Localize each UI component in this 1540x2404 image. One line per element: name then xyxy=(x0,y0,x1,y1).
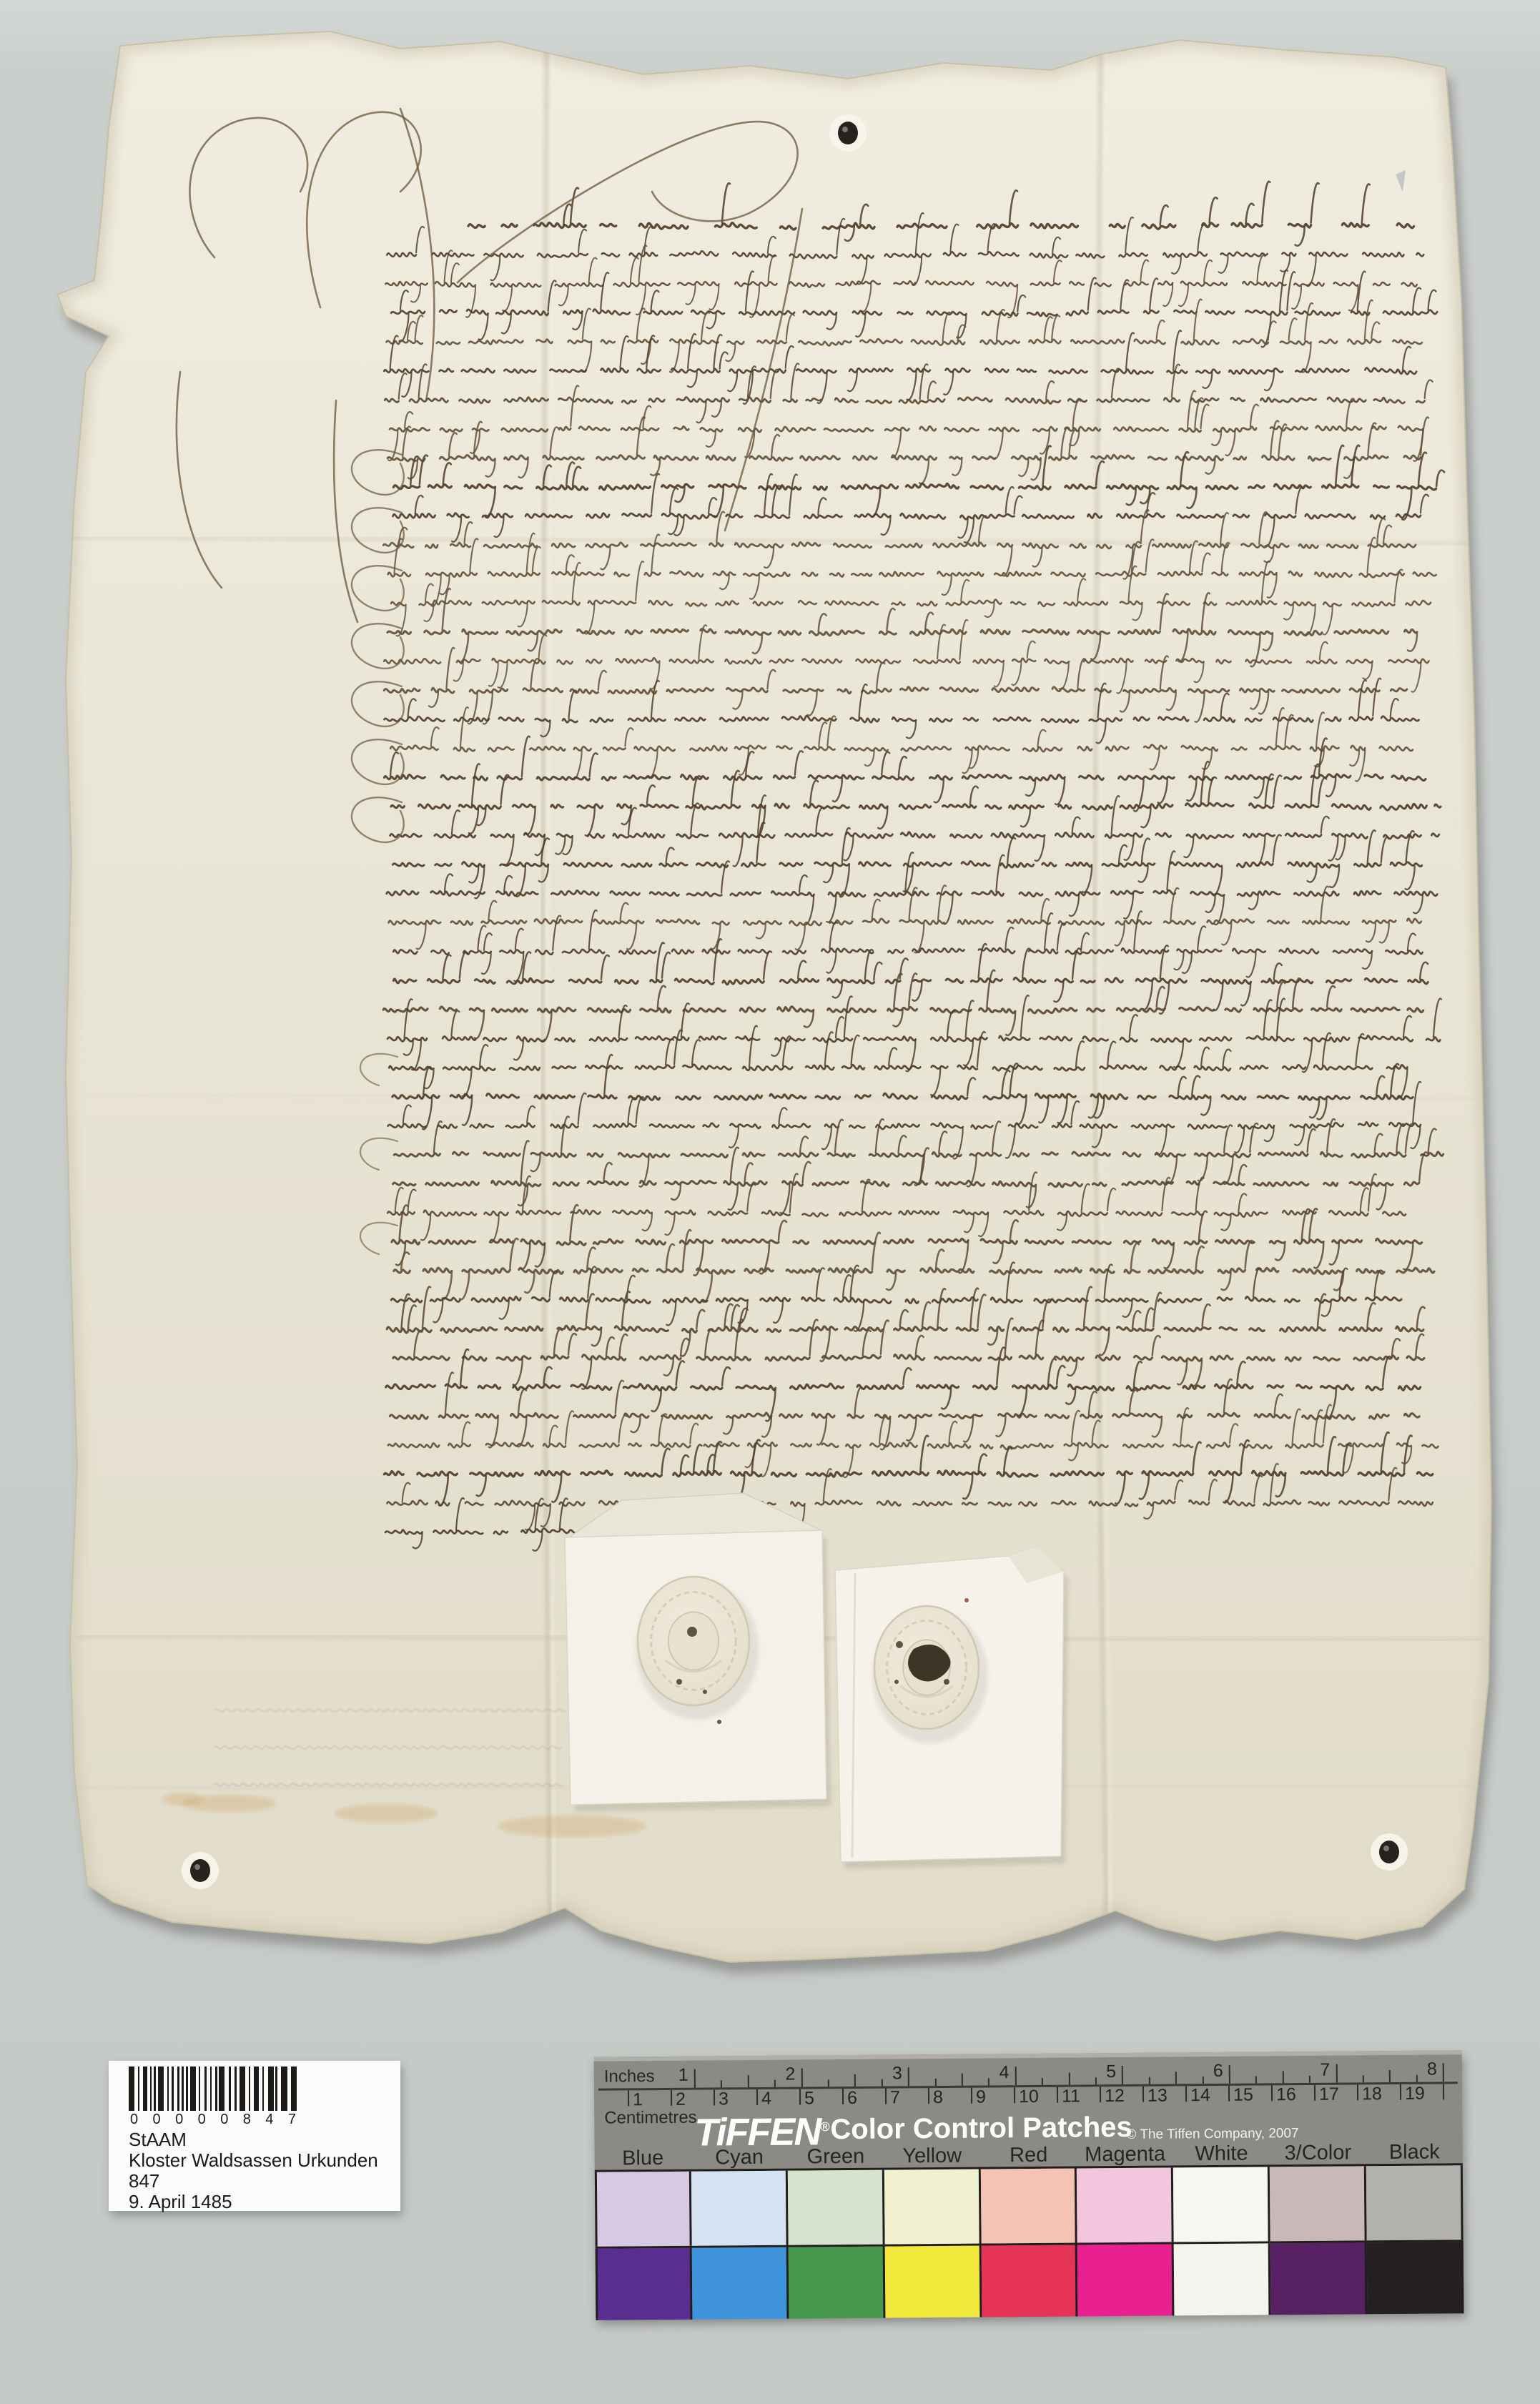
inch-number: 2 xyxy=(785,2064,795,2085)
cm-number: 1 xyxy=(633,2089,643,2110)
pastel-patch-green xyxy=(788,2170,885,2245)
patch-label-cyan: Cyan xyxy=(691,2146,787,2170)
barcode-bar xyxy=(268,2066,274,2111)
inch-tick xyxy=(1283,2071,1284,2083)
inch-tick xyxy=(882,2079,883,2087)
barcode-bar xyxy=(158,2066,163,2111)
inch-tick xyxy=(1229,2065,1230,2084)
cm-tick xyxy=(1100,2087,1101,2102)
barcode-digit: 0 xyxy=(198,2112,206,2127)
cm-tick xyxy=(1057,2087,1058,2103)
inch-tick xyxy=(694,2069,696,2088)
barcode-digit: 4 xyxy=(265,2112,273,2127)
cm-ruler: 12345678910111213141516171819 xyxy=(594,2054,1462,2061)
inch-tick xyxy=(1122,2066,1123,2084)
color-control-card: Inches 12345678 123456789101112131415161… xyxy=(594,2050,1464,2318)
pastel-patch-cyan xyxy=(691,2171,789,2246)
archive-label-text: StAAMKloster Waldsassen Urkunden8479. Ap… xyxy=(129,2129,378,2212)
solid-patch-red xyxy=(981,2245,1078,2317)
cm-tick xyxy=(928,2088,929,2104)
cm-tick xyxy=(1357,2084,1358,2100)
cm-number: 9 xyxy=(976,2087,986,2107)
solid-patch-magenta xyxy=(1077,2244,1175,2316)
solid-patch-3-color xyxy=(1270,2242,1368,2315)
registered-mark: ® xyxy=(820,2119,828,2134)
cm-tick xyxy=(1271,2085,1273,2101)
inch-number: 5 xyxy=(1106,2061,1116,2082)
inch-tick xyxy=(1309,2076,1311,2083)
pastel-patch-yellow xyxy=(884,2169,982,2245)
cm-tick xyxy=(628,2090,629,2106)
inch-tick xyxy=(748,2075,749,2087)
card-title: Color Control Patches xyxy=(830,2112,1132,2146)
inch-tick xyxy=(908,2067,909,2086)
inch-number: 6 xyxy=(1213,2061,1223,2082)
inch-tick xyxy=(1255,2076,1257,2083)
inch-tick xyxy=(1175,2072,1177,2084)
patch-label-white: White xyxy=(1173,2142,1270,2166)
solid-patch-black xyxy=(1367,2242,1464,2314)
inch-tick xyxy=(801,2068,802,2087)
cm-tick xyxy=(714,2089,715,2105)
solid-patch-green xyxy=(788,2247,885,2319)
barcode-bar xyxy=(190,2066,196,2111)
inches-ruler-label: Inches xyxy=(604,2066,655,2087)
archive-label: 00000847 StAAMKloster Waldsassen Urkunde… xyxy=(109,2061,400,2211)
barcode-digit: 0 xyxy=(220,2112,228,2127)
pastel-patch-blue xyxy=(595,2172,692,2247)
cm-tick xyxy=(1443,2084,1444,2099)
pastel-patch-white xyxy=(1173,2167,1270,2242)
inch-tick xyxy=(934,2079,936,2086)
cm-tick xyxy=(1400,2084,1401,2100)
inch-tick xyxy=(1416,2075,1418,2082)
inch-tick xyxy=(988,2078,989,2085)
cm-tick xyxy=(1185,2086,1187,2102)
cm-number: 7 xyxy=(890,2087,900,2108)
patch-label-red: Red xyxy=(980,2143,1077,2167)
barcode-digit: 7 xyxy=(288,2112,296,2127)
cm-tick xyxy=(799,2089,801,2105)
cm-tick xyxy=(1228,2086,1230,2102)
cm-number: 5 xyxy=(804,2088,814,2109)
inch-tick xyxy=(1015,2066,1017,2085)
barcode-bar xyxy=(254,2066,259,2111)
cm-tick xyxy=(671,2090,672,2106)
barcode-bar xyxy=(219,2066,224,2111)
cm-number: 10 xyxy=(1019,2087,1039,2107)
cm-number: 3 xyxy=(719,2089,729,2109)
barcode-digits: 00000847 xyxy=(130,2112,296,2127)
solid-patch-white xyxy=(1174,2243,1271,2315)
cm-number: 4 xyxy=(761,2089,771,2109)
pastel-patch-magenta xyxy=(1077,2167,1174,2242)
cm-number: 17 xyxy=(1319,2084,1339,2105)
inch-number: 8 xyxy=(1427,2059,1437,2080)
inch-tick xyxy=(828,2079,829,2087)
pastel-patch-black xyxy=(1366,2165,1464,2240)
parchment-charter xyxy=(0,0,1540,2404)
barcode-bar xyxy=(281,2066,287,2111)
card-ruler-header: Inches 12345678 123456789101112131415161… xyxy=(594,2054,1463,2170)
barcode-digit: 0 xyxy=(175,2112,183,2127)
patch-label-blue: Blue xyxy=(595,2147,691,2171)
pastel-patch-red xyxy=(980,2168,1077,2243)
patch-grid xyxy=(595,2163,1464,2320)
archive-label-line: 847 xyxy=(129,2171,378,2192)
inch-tick xyxy=(1202,2077,1203,2084)
inch-tick xyxy=(1443,2063,1444,2082)
barcode-digit: 0 xyxy=(153,2112,161,2127)
cm-tick xyxy=(1014,2087,1015,2103)
archival-photo-scene: 00000847 StAAMKloster Waldsassen Urkunde… xyxy=(0,0,1540,2404)
inch-ruler: 12345678 xyxy=(594,2054,1462,2061)
patch-label-yellow: Yellow xyxy=(884,2144,980,2169)
archive-label-line: 9. April 1485 xyxy=(129,2192,378,2212)
cm-number: 13 xyxy=(1147,2085,1168,2106)
solid-patch-yellow xyxy=(884,2246,982,2318)
cm-number: 12 xyxy=(1105,2086,1125,2107)
inch-tick xyxy=(1095,2077,1097,2084)
pastel-patch-3-color xyxy=(1270,2166,1367,2241)
inch-tick xyxy=(1389,2070,1391,2082)
barcode-bar xyxy=(291,2066,297,2111)
cm-number: 15 xyxy=(1233,2085,1253,2106)
inch-number: 4 xyxy=(999,2062,1009,2083)
inch-number: 1 xyxy=(678,2065,688,2086)
barcode: 00000847 xyxy=(129,2066,300,2127)
archive-label-line: StAAM xyxy=(129,2129,378,2150)
patch-label-black: Black xyxy=(1366,2140,1463,2164)
inch-tick xyxy=(1149,2077,1150,2084)
cm-tick xyxy=(971,2088,972,2104)
solid-patch-blue xyxy=(596,2248,693,2320)
patch-label-3-color: 3/Color xyxy=(1270,2141,1366,2165)
inch-number: 3 xyxy=(892,2063,902,2084)
patch-label-magenta: Magenta xyxy=(1077,2142,1173,2167)
cm-number: 18 xyxy=(1362,2084,1382,2104)
cm-tick xyxy=(1142,2087,1144,2102)
archive-label-line: Kloster Waldsassen Urkunden xyxy=(129,2150,378,2171)
pastel-patch-row xyxy=(595,2163,1464,2247)
cm-number: 11 xyxy=(1062,2086,1080,2107)
cm-number: 14 xyxy=(1190,2085,1210,2106)
card-copyright: © The Tiffen Company, 2007 xyxy=(1126,2126,1298,2143)
barcode-bar xyxy=(240,2066,245,2111)
solid-patch-cyan xyxy=(692,2247,789,2320)
inch-tick xyxy=(721,2080,722,2087)
cm-number: 8 xyxy=(933,2087,943,2108)
barcode-digit: 8 xyxy=(243,2112,251,2127)
barcode-bars-icon xyxy=(129,2066,300,2111)
inch-tick xyxy=(774,2080,776,2087)
cm-number: 16 xyxy=(1276,2084,1296,2105)
inch-tick xyxy=(1363,2075,1364,2082)
cm-number: 6 xyxy=(847,2088,857,2109)
cm-tick xyxy=(885,2089,887,2104)
inch-tick xyxy=(1336,2064,1337,2083)
inch-tick xyxy=(1068,2073,1070,2085)
solid-patch-row xyxy=(596,2240,1464,2320)
inch-number: 7 xyxy=(1320,2060,1330,2081)
cm-tick xyxy=(756,2089,758,2105)
barcode-bar xyxy=(129,2066,134,2111)
cm-tick xyxy=(842,2089,844,2104)
inch-tick xyxy=(1042,2078,1043,2085)
inch-tick xyxy=(854,2074,856,2087)
patch-label-green: Green xyxy=(787,2145,884,2169)
cm-number: 2 xyxy=(676,2089,686,2110)
inch-tick xyxy=(962,2074,963,2086)
cm-tick xyxy=(1314,2085,1316,2101)
cm-number: 19 xyxy=(1405,2084,1425,2104)
barcode-digit: 0 xyxy=(130,2112,138,2127)
